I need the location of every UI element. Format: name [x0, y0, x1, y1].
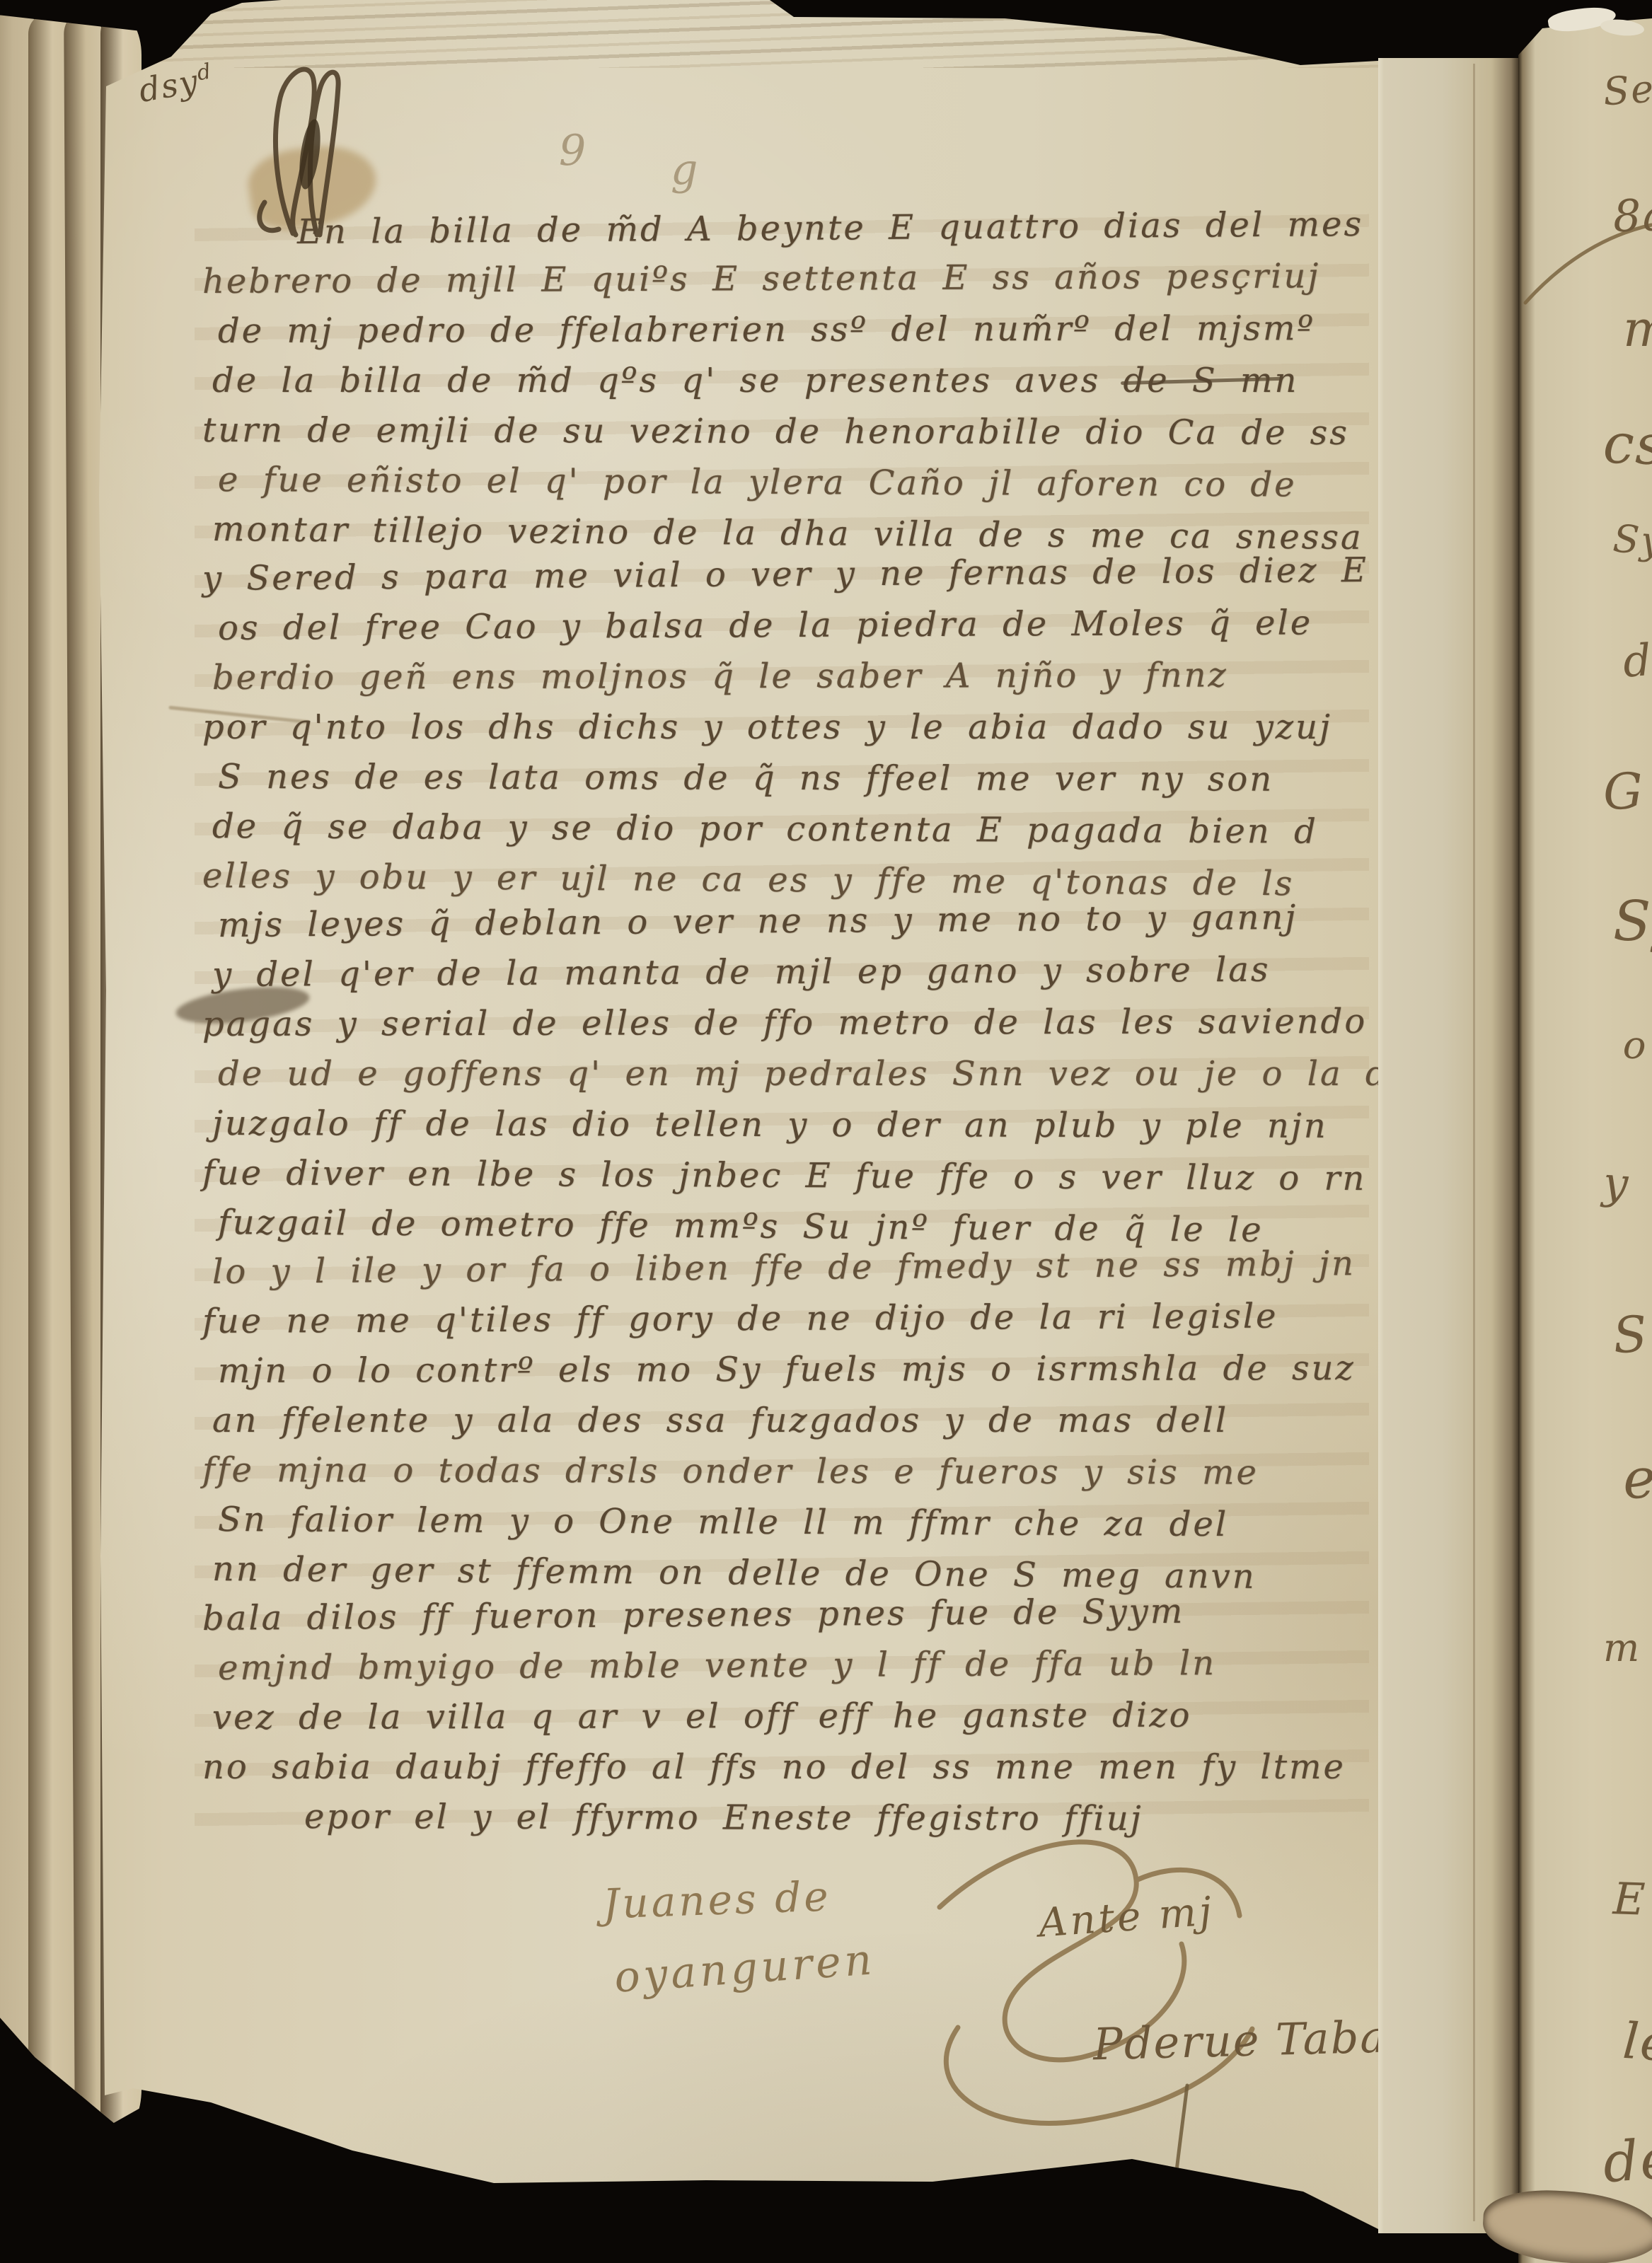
manuscript-line: fue diver en lbe s los jnbec E fue ffe o… — [202, 1153, 1367, 1198]
manuscript-line: montar tillejo vezino de la dha villa de… — [212, 509, 1363, 557]
manuscript-line: vez de la villa q ar v el off eff he gan… — [212, 1696, 1192, 1737]
adjacent-folio-fragment: e — [1622, 1447, 1652, 1512]
adjacent-folio-fragment: de — [1622, 632, 1652, 687]
adjacent-folio-fragment: 8a — [1612, 189, 1652, 243]
manuscript-line: turn de emjli de su vezino de henorabill… — [202, 410, 1349, 453]
adjacent-folio-fragment: m — [1623, 300, 1652, 358]
gutter-crease-line — [1473, 64, 1475, 2221]
adjacent-folio-fragment: S — [1611, 1304, 1651, 1365]
manuscript-scan: dsyd 9 g En la billa de m̃d A beynte E q… — [0, 0, 1652, 2263]
ghost-mark: 9 — [559, 126, 586, 175]
signature-rubric-left-icon — [897, 1815, 1293, 2155]
manuscript-line: de mj pedro de ffelabrerien ssº del num̃… — [218, 308, 1315, 351]
manuscript-line: ffe mjna o todas drsls onder les e fuero… — [202, 1450, 1259, 1493]
manuscript-line: de la billa de m̃d qºs q' se presentes a… — [212, 361, 1298, 400]
adjacent-folio-fragment: de — [1601, 2127, 1652, 2196]
manuscript-line: berdio geñ ens moljnos q̃ le saber A nj… — [212, 655, 1228, 698]
manuscript-line: pagas y serial de elles de ffo metro de … — [202, 1002, 1367, 1044]
manuscript-line: nn der ger st ffemm on delle de One S me… — [212, 1549, 1257, 1597]
adjacent-folio-fragment: E — [1612, 1873, 1648, 1926]
signature-descender-stroke-icon — [1166, 2083, 1194, 2221]
manuscript-line: elles y obu y er ujl ne ca es y ffe me q… — [202, 856, 1295, 903]
ghost-mark: g — [671, 145, 698, 195]
manuscript-line: por q'nto los dhs dichs y ottes y le abi… — [202, 707, 1332, 747]
adjacent-folio-fragment: Sy — [1612, 516, 1652, 565]
adjacent-folio-fragment: o — [1622, 1022, 1648, 1067]
manuscript-line: S nes de es lata oms de q̃ ns ffeel me v… — [218, 757, 1273, 799]
signature-juanes-line1: Juanes de — [602, 1872, 832, 1928]
manuscript-line: y del q'er de la manta de mjl ep gano y … — [212, 950, 1271, 995]
adjacent-folio-fragment: Se — [1602, 66, 1652, 115]
signature-juanes-line2: oyanguren — [613, 1935, 877, 2003]
manuscript-line: no sabia daubj ffeffo al ffs no del ss m… — [202, 1747, 1346, 1787]
adjacent-folio-fragment: m — [1603, 1626, 1641, 1670]
manuscript-line: emjnd bmyigo de mble vente y l ff de ffa… — [218, 1643, 1216, 1688]
manuscript-line: os del free Cao y balsa de la piedra de … — [218, 603, 1313, 648]
manuscript-line: an ffelente y ala des ssa fuzgados y de … — [212, 1401, 1228, 1440]
manuscript-line: fuzgail de ometro ffe mmºs Su jnº fuer d… — [218, 1203, 1264, 1250]
manuscript-line: hebrero de mjll E quiºs E settenta E ss … — [202, 256, 1321, 301]
manuscript-line: fue ne me q'tiles ff gory de ne dijo de … — [202, 1297, 1278, 1341]
adjacent-folio-fragment: Sy — [1613, 890, 1652, 954]
manuscript-line: bala dilos ff fueron presenes pnes fue d… — [202, 1592, 1185, 1638]
adjacent-folio-fragment: cs — [1602, 412, 1652, 478]
margin-note-text: dsy — [136, 62, 202, 110]
manuscript-line: mjn o lo contrº els mo Sy fuels mjs o is… — [218, 1348, 1356, 1391]
adjacent-folio-fragment: G — [1602, 762, 1646, 821]
manuscript-line: En la billa de m̃d A beynte E quattro di… — [297, 204, 1433, 252]
manuscript-line: juzgalo ff de las dio tellen y o der an … — [212, 1104, 1328, 1146]
manuscript-line: de q̃ se daba y se dio por contenta E pa… — [212, 806, 1318, 852]
manuscript-line: mjs leyes q̃ deblan o ver ne ns y me no … — [218, 898, 1298, 945]
adjacent-folio-fragment: y — [1601, 1157, 1631, 1210]
manuscript-line: de ud e goffens q' en mj pedrales Snn ve… — [218, 1054, 1489, 1094]
binding-gutter — [1378, 58, 1520, 2233]
adjacent-folio-fragment: le — [1621, 2012, 1652, 2073]
manuscript-line: e fue eñisto el q' por la ylera Caño jl… — [218, 460, 1297, 504]
manuscript-line: Sn falior lem y o One mlle ll m ffmr che… — [218, 1500, 1228, 1544]
